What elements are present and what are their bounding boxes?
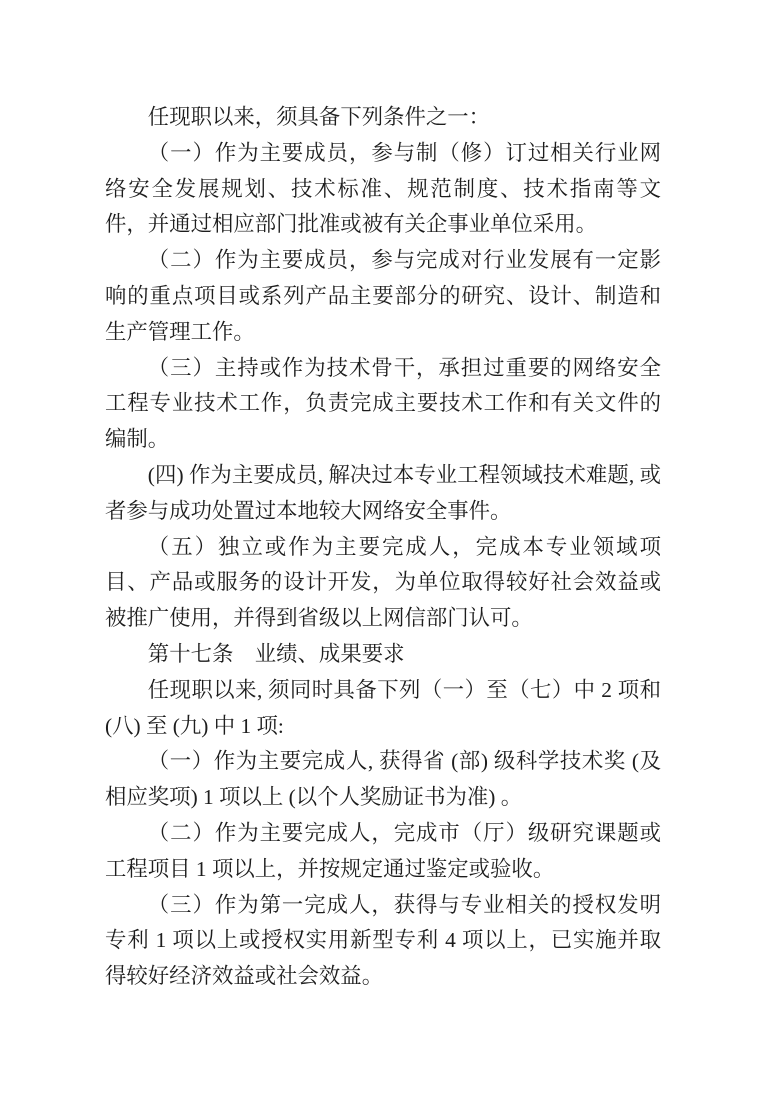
paragraph-achievement-2: （二）作为主要完成人，完成市（厅）级研究课题或工程项目 1 项以上，并按规定通过… [105, 816, 661, 888]
paragraph-achievement-3: （三）作为第一完成人，获得与专业相关的授权发明专利 1 项以上或授权实用新型专利… [105, 888, 661, 995]
paragraph-condition-5: （五）独立或作为主要完成人，完成本专业领域项目、产品或服务的设计开发，为单位取得… [105, 530, 661, 637]
article-17-heading: 第十七条 业绩、成果要求 [105, 637, 661, 673]
paragraph-conditions-intro: 任现职以来，须具备下列条件之一： [105, 100, 661, 136]
paragraph-condition-3: （三）主持或作为技术骨干，承担过重要的网络安全工程专业技术工作，负责完成主要技术… [105, 351, 661, 458]
paragraph-achievement-1: （一）作为主要完成人, 获得省 (部) 级科学技术奖 (及相应奖项) 1 项以上… [105, 744, 661, 816]
paragraph-condition-2: （二）作为主要成员，参与完成对行业发展有一定影响的重点项目或系列产品主要部分的研… [105, 243, 661, 350]
paragraph-condition-1: （一）作为主要成员，参与制（修）订过相关行业网络安全发展规划、技术标准、规范制度… [105, 136, 661, 243]
document-body: 任现职以来，须具备下列条件之一： （一）作为主要成员，参与制（修）订过相关行业网… [105, 100, 661, 995]
paragraph-condition-4: (四) 作为主要成员, 解决过本专业工程领域技术难题, 或者参与成功处置过本地较… [105, 458, 661, 530]
paragraph-achievements-intro: 任现职以来, 须同时具备下列（一）至（七）中 2 项和 (八) 至 (九) 中 … [105, 673, 661, 745]
document-page: 任现职以来，须具备下列条件之一： （一）作为主要成员，参与制（修）订过相关行业网… [0, 0, 777, 1099]
